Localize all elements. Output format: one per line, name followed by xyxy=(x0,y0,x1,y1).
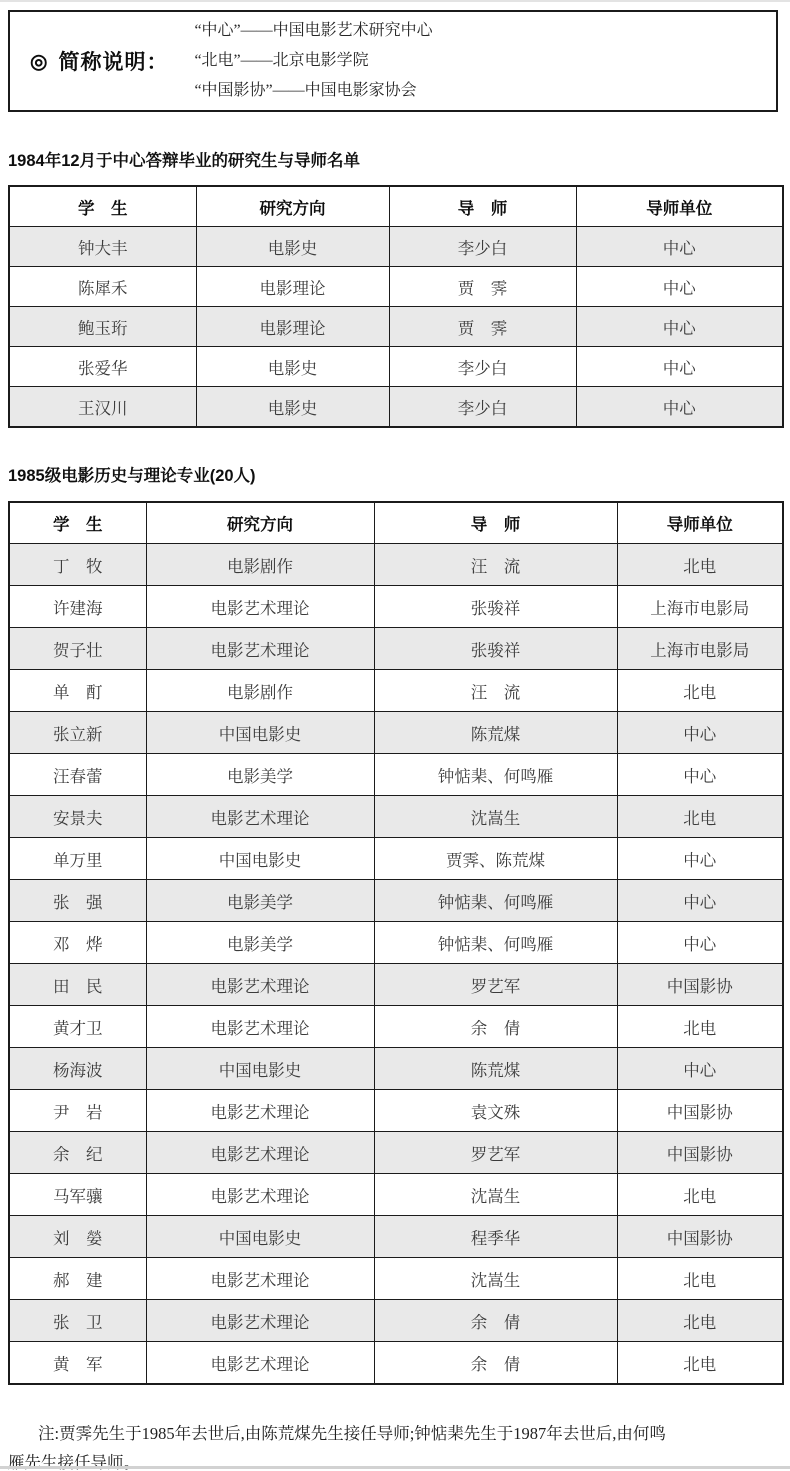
table-cell: 北电 xyxy=(617,1342,783,1385)
table-cell: 李少白 xyxy=(389,387,576,428)
table-cell: 贾 霁 xyxy=(389,307,576,347)
table-cell: 电影艺术理论 xyxy=(146,628,374,670)
column-header: 导师单位 xyxy=(576,186,783,227)
table-cell: 郝 建 xyxy=(9,1258,146,1300)
table-cell: 中心 xyxy=(617,1048,783,1090)
table-cell: 电影艺术理论 xyxy=(146,586,374,628)
header-row: 学 生研究方向导 师导师单位 xyxy=(9,186,783,227)
table-cell: 中心 xyxy=(617,754,783,796)
table-cell: 北电 xyxy=(617,1174,783,1216)
table-cell: 李少白 xyxy=(389,347,576,387)
table-cell: 黄 军 xyxy=(9,1342,146,1385)
table-cell: 电影理论 xyxy=(196,267,389,307)
table-cell: 中心 xyxy=(576,267,783,307)
table-cell: 张 卫 xyxy=(9,1300,146,1342)
table-row: 汪春蕾电影美学钟惦棐、何鸣雁中心 xyxy=(9,754,783,796)
table-cell: 中心 xyxy=(617,838,783,880)
section-title-1985: 1985级电影历史与理论专业(20人) xyxy=(8,462,256,486)
table-cell: 北电 xyxy=(617,1006,783,1048)
table-cell: 电影史 xyxy=(196,387,389,428)
table-cell: 贺子壮 xyxy=(9,628,146,670)
table-row: 单万里中国电影史贾霁、陈荒煤中心 xyxy=(9,838,783,880)
table-cell: 中心 xyxy=(617,880,783,922)
table-row: 黄才卫电影艺术理论余 倩北电 xyxy=(9,1006,783,1048)
table-cell: 许建海 xyxy=(9,586,146,628)
table-cell: 钟大丰 xyxy=(9,227,196,267)
table-cell: 中心 xyxy=(617,712,783,754)
table-cell: 电影艺术理论 xyxy=(146,1174,374,1216)
table-cell: 沈嵩生 xyxy=(374,1174,617,1216)
footnote-line: 注:贾霁先生于1985年去世后,由陈荒煤先生接任导师;钟惦棐先生于1987年去世… xyxy=(8,1419,784,1448)
table-row: 刘 嫈中国电影史程季华中国影协 xyxy=(9,1216,783,1258)
table-cell: 张骏祥 xyxy=(374,586,617,628)
legend-item: “北电”——北京电影学院 xyxy=(194,46,432,76)
table-cell: 电影艺术理论 xyxy=(146,1258,374,1300)
table-cell: 田 民 xyxy=(9,964,146,1006)
table-cell: 陈荒煤 xyxy=(374,1048,617,1090)
column-header: 研究方向 xyxy=(146,502,374,544)
table-cell: 电影艺术理论 xyxy=(146,796,374,838)
table-cell: 电影艺术理论 xyxy=(146,1300,374,1342)
table-cell: 李少白 xyxy=(389,227,576,267)
table-cell: 余 倩 xyxy=(374,1342,617,1385)
table-cell: 电影艺术理论 xyxy=(146,1132,374,1174)
table-cell: 中国电影史 xyxy=(146,1048,374,1090)
table-cell: 钟惦棐、何鸣雁 xyxy=(374,880,617,922)
table-cell: 张爱华 xyxy=(9,347,196,387)
table-cell: 中国电影史 xyxy=(146,1216,374,1258)
table-cell: 电影剧作 xyxy=(146,670,374,712)
table-cell: 丁 牧 xyxy=(9,544,146,586)
table-cell: 中国影协 xyxy=(617,1090,783,1132)
table-cell: 电影艺术理论 xyxy=(146,1006,374,1048)
document-page: ◎ 简称说明： “中心”——中国电影艺术研究中心“北电”——北京电影学院“中国影… xyxy=(0,0,790,1471)
table-cell: 陈荒煤 xyxy=(374,712,617,754)
table-cell: 鲍玉珩 xyxy=(9,307,196,347)
circle-bullet-icon: ◎ xyxy=(30,49,48,74)
table-cell: 单 酊 xyxy=(9,670,146,712)
table-cell: 上海市电影局 xyxy=(617,628,783,670)
table-row: 郝 建电影艺术理论沈嵩生北电 xyxy=(9,1258,783,1300)
page-bottom-edge xyxy=(0,1466,790,1469)
table-cell: 罗艺军 xyxy=(374,964,617,1006)
legend-item: “中心”——中国电影艺术研究中心 xyxy=(194,16,432,46)
table-cell: 中国电影史 xyxy=(146,712,374,754)
table-cell: 余 倩 xyxy=(374,1300,617,1342)
table-cell: 电影艺术理论 xyxy=(146,964,374,1006)
table-cell: 钟惦棐、何鸣雁 xyxy=(374,754,617,796)
legend-label-text: 简称说明： xyxy=(58,46,168,76)
table-row: 张 卫电影艺术理论余 倩北电 xyxy=(9,1300,783,1342)
column-header: 学 生 xyxy=(9,502,146,544)
table-row: 单 酊电影剧作汪 流北电 xyxy=(9,670,783,712)
graduates-table-1985-wrap: 学 生研究方向导 师导师单位 丁 牧电影剧作汪 流北电许建海电影艺术理论张骏祥上… xyxy=(8,501,784,1385)
table-row: 安景夫电影艺术理论沈嵩生北电 xyxy=(9,796,783,838)
column-header: 学 生 xyxy=(9,186,196,227)
table-cell: 黄才卫 xyxy=(9,1006,146,1048)
table-cell: 陈犀禾 xyxy=(9,267,196,307)
table-row: 许建海电影艺术理论张骏祥上海市电影局 xyxy=(9,586,783,628)
table-cell: 汪 流 xyxy=(374,544,617,586)
table-cell: 杨海波 xyxy=(9,1048,146,1090)
table-cell: 罗艺军 xyxy=(374,1132,617,1174)
table-cell: 贾霁、陈荒煤 xyxy=(374,838,617,880)
table-row: 马军骧电影艺术理论沈嵩生北电 xyxy=(9,1174,783,1216)
abbreviation-legend-box: ◎ 简称说明： “中心”——中国电影艺术研究中心“北电”——北京电影学院“中国影… xyxy=(8,10,778,112)
table-cell: 电影美学 xyxy=(146,922,374,964)
table-cell: 中国影协 xyxy=(617,1216,783,1258)
table-cell: 贾 霁 xyxy=(389,267,576,307)
table-row: 钟大丰电影史李少白中心 xyxy=(9,227,783,267)
table-cell: 中国电影史 xyxy=(146,838,374,880)
table-cell: 张 强 xyxy=(9,880,146,922)
table-cell: 中心 xyxy=(576,227,783,267)
table-cell: 余 倩 xyxy=(374,1006,617,1048)
table-row: 邓 烨电影美学钟惦棐、何鸣雁中心 xyxy=(9,922,783,964)
table-row: 黄 军电影艺术理论余 倩北电 xyxy=(9,1342,783,1385)
table-cell: 电影美学 xyxy=(146,880,374,922)
legend-item-list: “中心”——中国电影艺术研究中心“北电”——北京电影学院“中国影协”——中国电影… xyxy=(194,16,432,106)
table-cell: 沈嵩生 xyxy=(374,796,617,838)
table-row: 张 强电影美学钟惦棐、何鸣雁中心 xyxy=(9,880,783,922)
table-cell: 马军骧 xyxy=(9,1174,146,1216)
table-cell: 中心 xyxy=(617,922,783,964)
table-cell: 北电 xyxy=(617,544,783,586)
graduates-table-1984: 学 生研究方向导 师导师单位 钟大丰电影史李少白中心陈犀禾电影理论贾 霁中心鲍玉… xyxy=(8,185,784,428)
column-header: 研究方向 xyxy=(196,186,389,227)
table-cell: 电影艺术理论 xyxy=(146,1342,374,1385)
table-cell: 北电 xyxy=(617,1258,783,1300)
table-cell: 北电 xyxy=(617,1300,783,1342)
table-cell: 上海市电影局 xyxy=(617,586,783,628)
table-cell: 中心 xyxy=(576,387,783,428)
table-row: 余 纪电影艺术理论罗艺军中国影协 xyxy=(9,1132,783,1174)
table-cell: 电影理论 xyxy=(196,307,389,347)
table-cell: 北电 xyxy=(617,670,783,712)
header-row: 学 生研究方向导 师导师单位 xyxy=(9,502,783,544)
table-row: 丁 牧电影剧作汪 流北电 xyxy=(9,544,783,586)
table-cell: 沈嵩生 xyxy=(374,1258,617,1300)
table-cell: 刘 嫈 xyxy=(9,1216,146,1258)
table-cell: 电影艺术理论 xyxy=(146,1090,374,1132)
table-cell: 钟惦棐、何鸣雁 xyxy=(374,922,617,964)
table-row: 鲍玉珩电影理论贾 霁中心 xyxy=(9,307,783,347)
legend-label: ◎ 简称说明： xyxy=(30,46,168,76)
table-row: 王汉川电影史李少白中心 xyxy=(9,387,783,428)
table-cell: 尹 岩 xyxy=(9,1090,146,1132)
table-cell: 安景夫 xyxy=(9,796,146,838)
table-cell: 张骏祥 xyxy=(374,628,617,670)
table-row: 张爱华电影史李少白中心 xyxy=(9,347,783,387)
table-cell: 中国影协 xyxy=(617,964,783,1006)
table-row: 尹 岩电影艺术理论袁文殊中国影协 xyxy=(9,1090,783,1132)
legend-item: “中国影协”——中国电影家协会 xyxy=(194,76,432,106)
table-cell: 单万里 xyxy=(9,838,146,880)
table-cell: 汪 流 xyxy=(374,670,617,712)
footnote: 注:贾霁先生于1985年去世后,由陈荒煤先生接任导师;钟惦棐先生于1987年去世… xyxy=(8,1419,784,1471)
graduates-table-1985: 学 生研究方向导 师导师单位 丁 牧电影剧作汪 流北电许建海电影艺术理论张骏祥上… xyxy=(8,501,784,1385)
table-cell: 北电 xyxy=(617,796,783,838)
column-header: 导 师 xyxy=(374,502,617,544)
table-cell: 程季华 xyxy=(374,1216,617,1258)
table-cell: 王汉川 xyxy=(9,387,196,428)
table-cell: 中心 xyxy=(576,307,783,347)
table-cell: 袁文殊 xyxy=(374,1090,617,1132)
page-top-edge xyxy=(0,0,790,2)
table-cell: 电影美学 xyxy=(146,754,374,796)
graduates-table-1984-wrap: 学 生研究方向导 师导师单位 钟大丰电影史李少白中心陈犀禾电影理论贾 霁中心鲍玉… xyxy=(8,185,784,428)
table-row: 陈犀禾电影理论贾 霁中心 xyxy=(9,267,783,307)
table-cell: 汪春蕾 xyxy=(9,754,146,796)
table-row: 贺子壮电影艺术理论张骏祥上海市电影局 xyxy=(9,628,783,670)
table-cell: 邓 烨 xyxy=(9,922,146,964)
table-cell: 中国影协 xyxy=(617,1132,783,1174)
table-cell: 电影剧作 xyxy=(146,544,374,586)
table-row: 田 民电影艺术理论罗艺军中国影协 xyxy=(9,964,783,1006)
table-row: 张立新中国电影史陈荒煤中心 xyxy=(9,712,783,754)
section-title-1984: 1984年12月于中心答辩毕业的研究生与导师名单 xyxy=(8,147,360,171)
table-row: 杨海波中国电影史陈荒煤中心 xyxy=(9,1048,783,1090)
table-cell: 电影史 xyxy=(196,227,389,267)
column-header: 导师单位 xyxy=(617,502,783,544)
table-cell: 中心 xyxy=(576,347,783,387)
table-cell: 张立新 xyxy=(9,712,146,754)
table-cell: 电影史 xyxy=(196,347,389,387)
table-cell: 余 纪 xyxy=(9,1132,146,1174)
column-header: 导 师 xyxy=(389,186,576,227)
